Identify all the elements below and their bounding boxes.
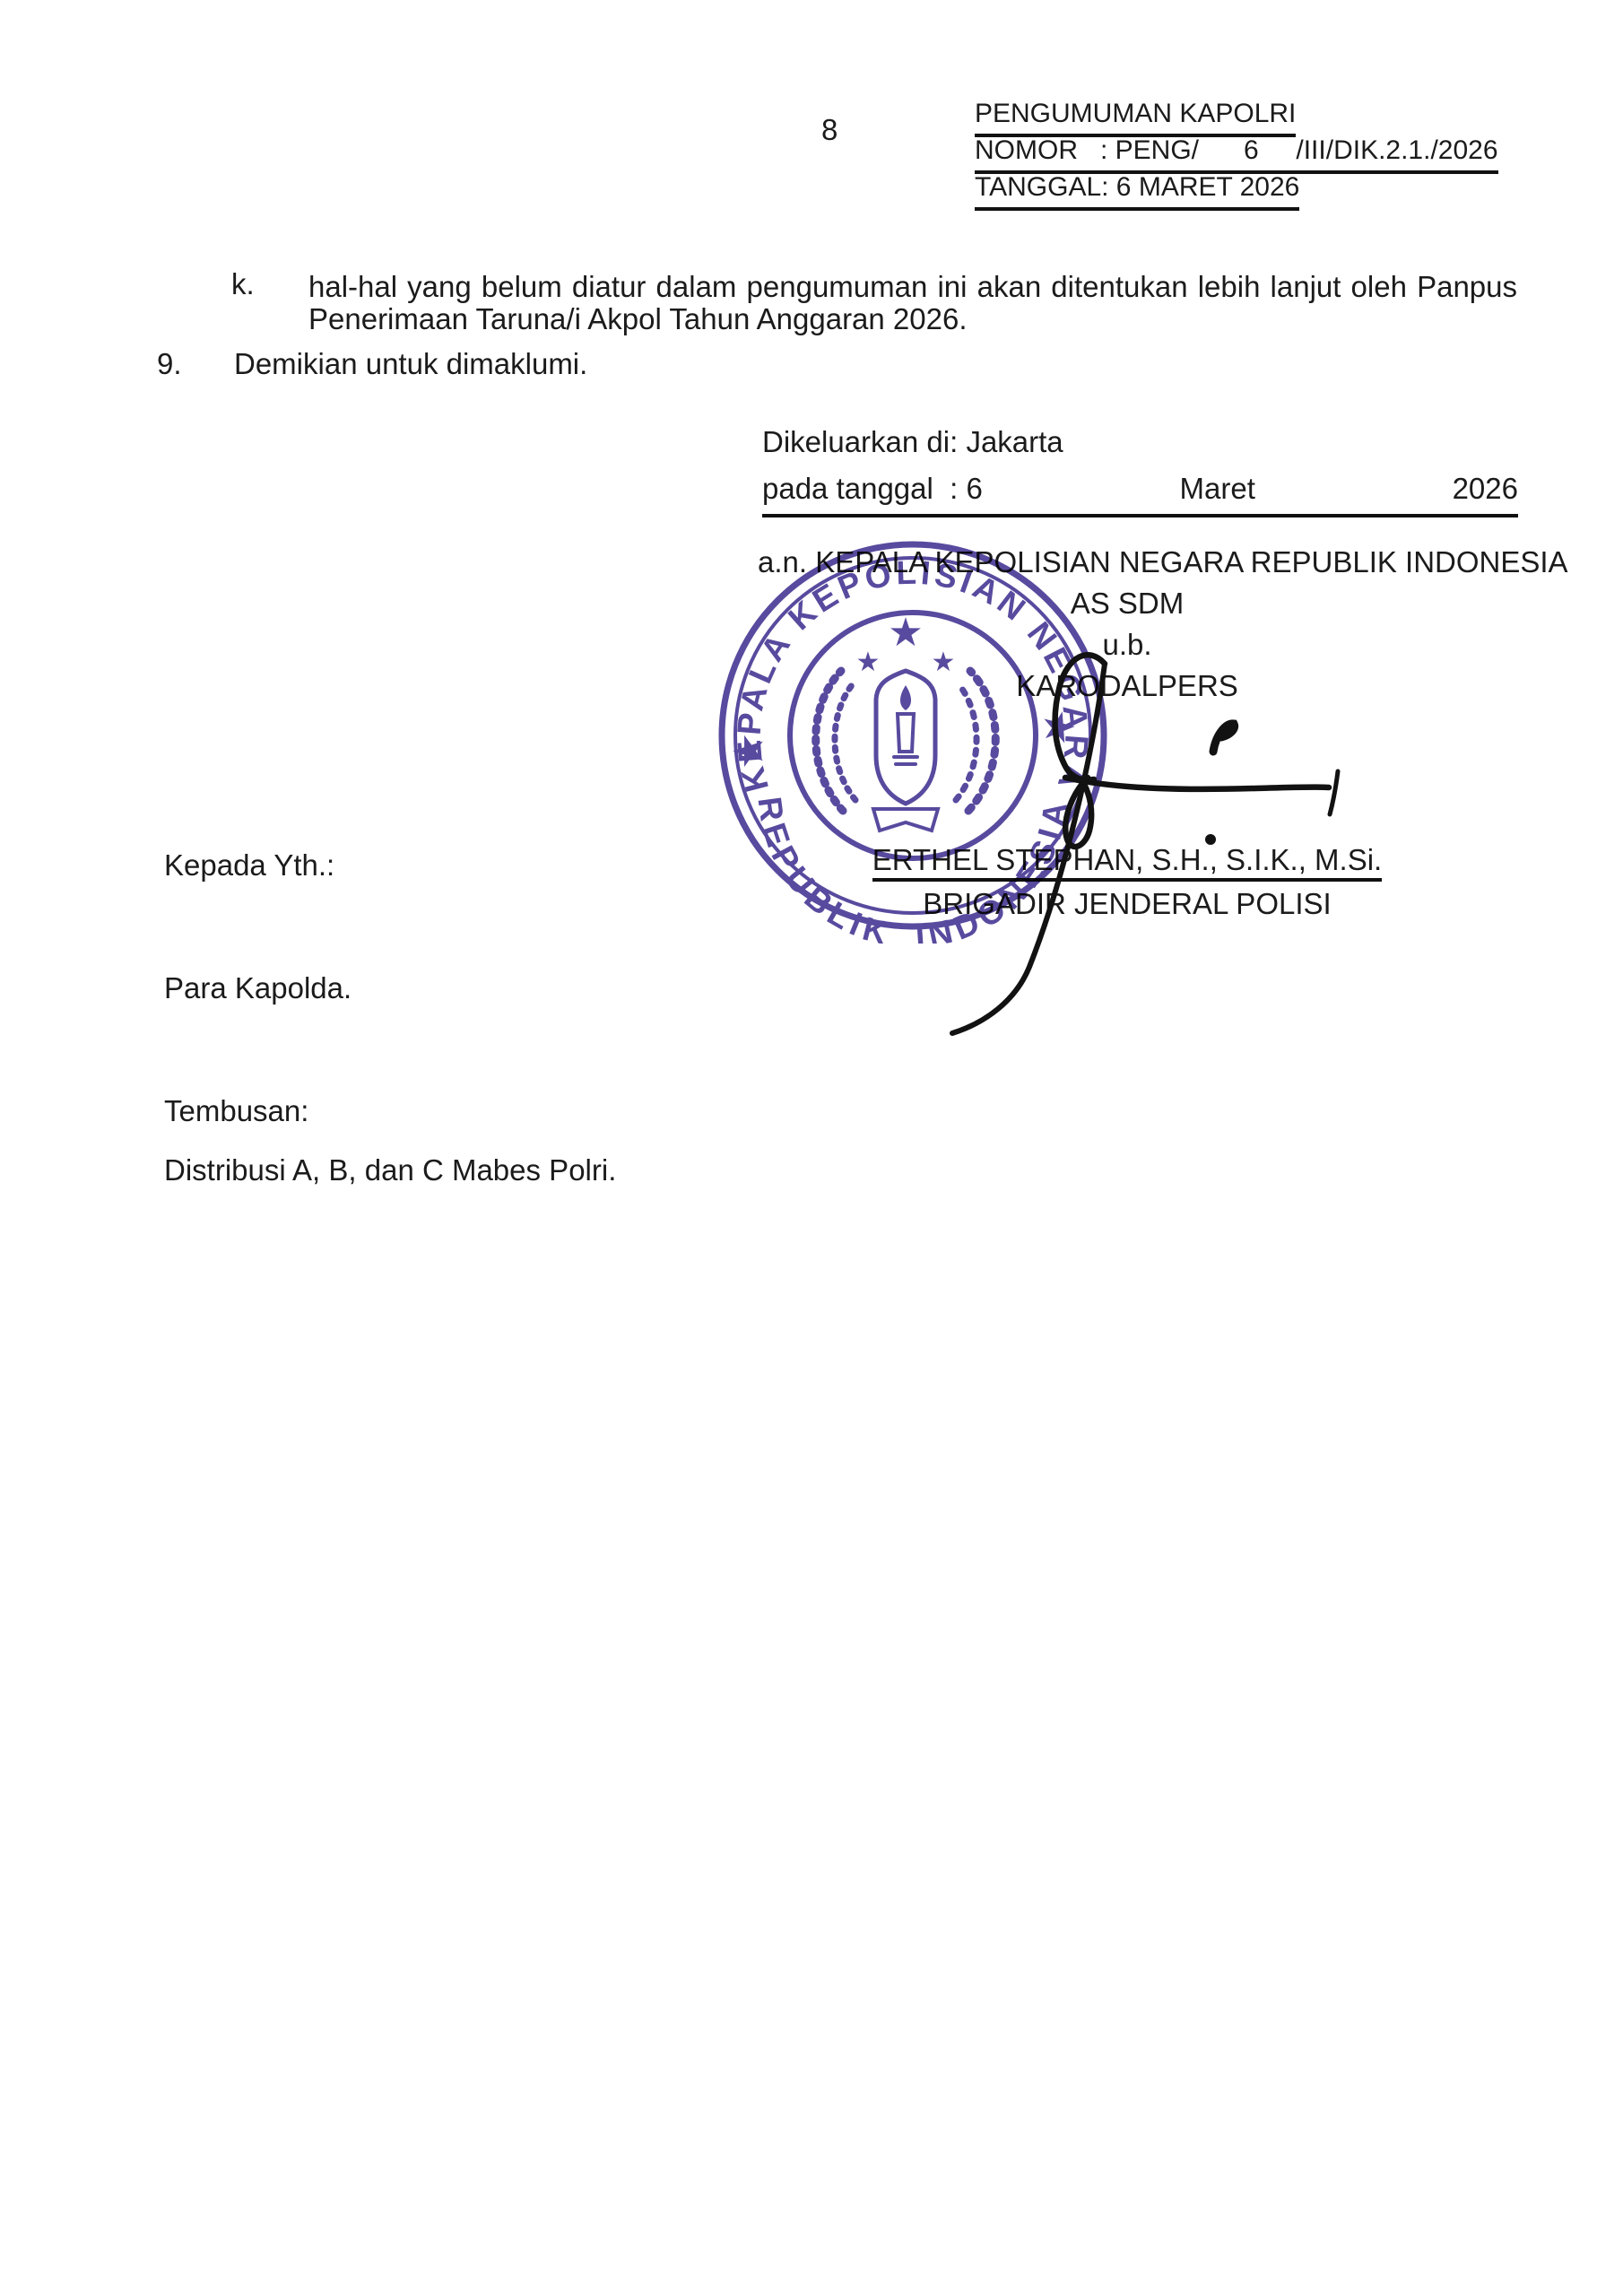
emblem-flame-icon — [900, 685, 911, 710]
header-number: NOMOR : PENG/ 6 /III/DIK.2.1./2026 — [975, 135, 1498, 174]
header-date-line: TANGGAL: 6 MARET 2026 — [975, 172, 1498, 209]
item-k-line1-text: hal-hal yang belum diatur dalam pengumum… — [308, 270, 1517, 303]
issuance-date-label: pada tanggal : 6 — [762, 474, 983, 503]
emblem-torch-cup-icon — [898, 714, 914, 752]
signature-end-tick — [1330, 771, 1338, 814]
emblem-left-star-icon: ★ — [856, 647, 881, 678]
emblem-ribbon-icon — [873, 809, 938, 831]
emblem-wreath-left-outer-icon — [816, 671, 843, 811]
page-number: 8 — [821, 115, 838, 144]
header-title: PENGUMUMAN KAPOLRI — [975, 99, 1296, 137]
item-k-label: k. — [231, 269, 255, 299]
emblem-big-star-icon: ★ — [888, 610, 923, 656]
stamp-bottom-arc-text: REPUBLIK INDONESIA — [751, 795, 1074, 944]
header-number-line: NOMOR : PENG/ 6 /III/DIK.2.1./2026 — [975, 135, 1498, 172]
document-page: 8 PENGUMUMAN KAPOLRI NOMOR : PENG/ 6 /II… — [0, 0, 1623, 2296]
issuance-date-month: Maret — [1180, 474, 1255, 503]
emblem-wreath-right-inner-icon — [956, 685, 976, 800]
issuance-date-year: 2026 — [1453, 474, 1518, 503]
emblem-wreath-left-inner-icon — [835, 685, 855, 800]
signature-curl-mark — [1213, 724, 1235, 752]
emblem-torch-base-icon — [894, 757, 917, 764]
item-k-line2: Penerimaan Taruna/i Akpol Tahun Anggaran… — [308, 304, 968, 334]
issuance-underline — [762, 514, 1518, 517]
emblem-right-star-icon: ★ — [932, 647, 956, 678]
recipient-para: Para Kapolda. — [164, 973, 352, 1003]
recipient-distribusi: Distribusi A, B, dan C Mabes Polri. — [164, 1155, 616, 1185]
document-header: PENGUMUMAN KAPOLRI NOMOR : PENG/ 6 /III/… — [975, 99, 1498, 209]
emblem-wreath-right-outer-icon — [968, 671, 995, 811]
recipient-kepada: Kepada Yth.: — [164, 850, 334, 880]
issuance-date-row: pada tanggal : 6 Maret 2026 — [762, 474, 1518, 503]
issuance-place: Dikeluarkan di: Jakarta — [762, 427, 1063, 457]
recipient-tembusan: Tembusan: — [164, 1096, 308, 1126]
polri-round-stamp-icon: KEPALA KEPOLISIAN NEGARA REPUBLIK INDONE… — [707, 531, 1119, 944]
item-9-text: Demikian untuk dimaklumi. — [234, 349, 587, 378]
stamp-tribrata-emblem-icon: ★ ★ ★ — [816, 610, 996, 831]
header-title-line: PENGUMUMAN KAPOLRI — [975, 99, 1498, 135]
item-9-label: 9. — [157, 349, 182, 378]
header-date: TANGGAL: 6 MARET 2026 — [975, 172, 1299, 211]
